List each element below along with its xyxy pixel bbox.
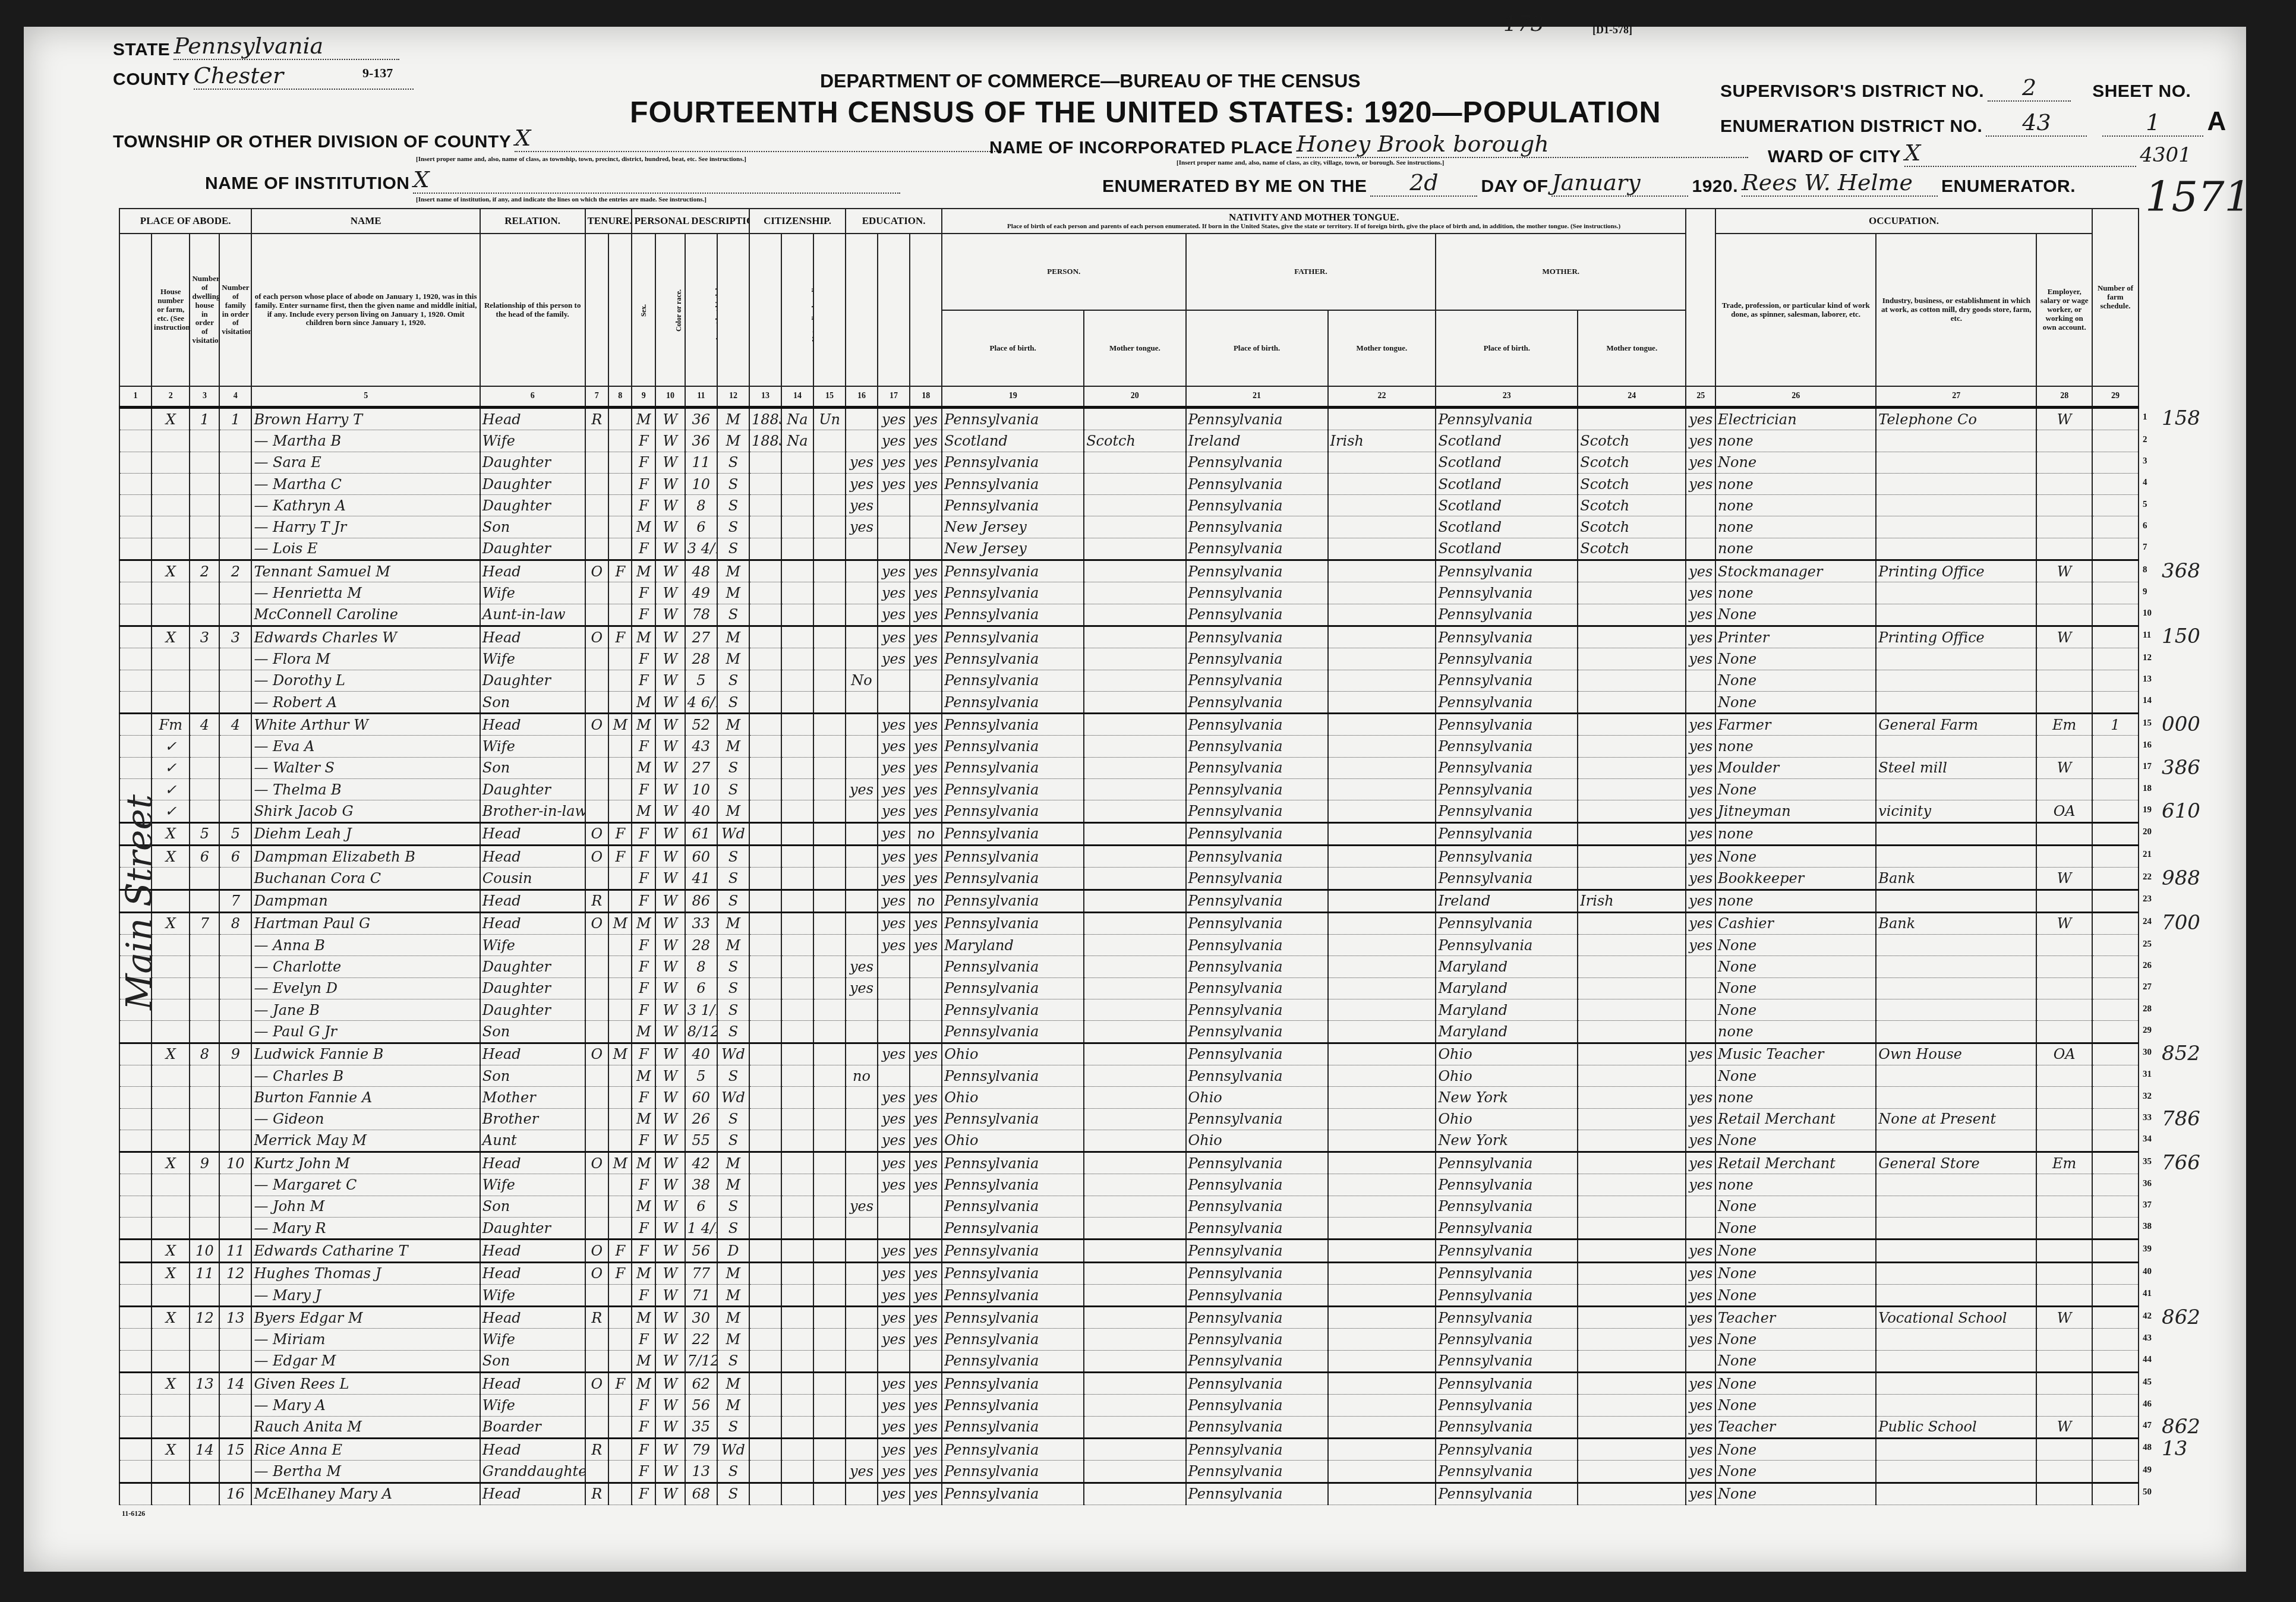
cell-mmt [1578, 1196, 1686, 1217]
cell-class [2036, 1483, 2092, 1505]
cell-english: yes [1686, 1284, 1715, 1306]
col-15-header: If naturalized, year of naturalization. [813, 234, 846, 386]
cell-race: W [655, 408, 685, 430]
cell-immig [749, 1373, 781, 1395]
cell-english: yes [1686, 1438, 1715, 1460]
line-number: 40 [2143, 1267, 2152, 1277]
cell-sex: F [632, 736, 655, 757]
cell-house: X [152, 1262, 190, 1284]
cell-read [878, 1021, 910, 1043]
cell-house [152, 452, 190, 473]
cell-mt [1084, 604, 1185, 626]
cell-name: — Jane B [251, 999, 480, 1021]
cell-natyear [813, 1307, 846, 1329]
cell-english [1686, 495, 1715, 516]
cell-school [846, 1043, 878, 1065]
cell-dwelling [190, 1461, 219, 1483]
cell-write: yes [910, 779, 942, 800]
cell-age: 5 [685, 670, 717, 691]
cell-family [219, 1174, 251, 1196]
line-number: 48 [2143, 1443, 2152, 1453]
table-row: 16McElhaney Mary AHeadRFW68SyesyesPennsy… [119, 1483, 2139, 1505]
cell-mmt [1578, 691, 1686, 713]
cell-read [878, 495, 910, 516]
cell-trade: Farmer [1715, 714, 1876, 736]
cell-school: yes [846, 977, 878, 999]
cell-mt [1084, 1130, 1185, 1152]
cell-read: yes [878, 1373, 910, 1395]
cell-school: yes [846, 516, 878, 538]
cell-nat [781, 1240, 813, 1262]
cell-pob: New Jersey [942, 516, 1084, 538]
table-row: — MiriamWifeFW22MyesyesPennsylvaniaPenns… [119, 1329, 2139, 1350]
table-row: — Harry T JrSonMW6SyesNew JerseyPennsylv… [119, 516, 2139, 538]
cell-name: Merrick May M [251, 1130, 480, 1152]
cell-immig [749, 956, 781, 977]
cell-dwelling: 4 [190, 714, 219, 736]
cell-english: yes [1686, 868, 1715, 890]
cell-school [846, 691, 878, 713]
cell-tenure: O [585, 1152, 608, 1174]
cell-mpob: Pennsylvania [1436, 714, 1578, 736]
col-17-header: Whether able to read. [878, 234, 910, 386]
cell-english: yes [1686, 1108, 1715, 1130]
cell-trade: none [1715, 736, 1876, 757]
cell-nat [781, 582, 813, 604]
table-row: — Mary AWifeFW56MyesyesPennsylvaniaPenns… [119, 1395, 2139, 1416]
cell-nat [781, 516, 813, 538]
cell-english: yes [1686, 1130, 1715, 1152]
cell-name: Brown Harry T [251, 408, 480, 430]
cell-class: OA [2036, 800, 2092, 822]
cell-write: yes [910, 912, 942, 934]
cell-read: yes [878, 626, 910, 648]
cell-nat [781, 1329, 813, 1350]
cell-sex: M [632, 1350, 655, 1372]
cell-mpob: Pennsylvania [1436, 912, 1578, 934]
cell-relation: Head [480, 912, 585, 934]
cell-tenure [585, 1108, 608, 1130]
cell-mpob: Pennsylvania [1436, 408, 1578, 430]
cell-natyear [813, 473, 846, 494]
line-number: 21 [2143, 850, 2152, 860]
cell-age: 40 [685, 800, 717, 822]
cell-family [219, 1416, 251, 1438]
table-row: — Evelyn DDaughterFW6SyesPennsylvaniaPen… [119, 977, 2139, 999]
cell-tenure: O [585, 1373, 608, 1395]
cell-class [2036, 538, 2092, 560]
cell-sex: F [632, 935, 655, 956]
cell-dwelling [190, 1087, 219, 1108]
cell-farm [2092, 604, 2139, 626]
cell-sex: M [632, 626, 655, 648]
cell-pob: Pennsylvania [942, 473, 1084, 494]
cell-marital: S [717, 1108, 749, 1130]
cell-relation: Daughter [480, 452, 585, 473]
cell-marital: S [717, 868, 749, 890]
cell-mmt [1578, 714, 1686, 736]
cell-immig [749, 1043, 781, 1065]
cell-sex: M [632, 757, 655, 778]
cell-sex: F [632, 1174, 655, 1196]
cell-name: — Miriam [251, 1329, 480, 1350]
cell-mt [1084, 1240, 1185, 1262]
cell-age: 8 [685, 495, 717, 516]
column-number: 9 [632, 386, 655, 408]
department-title: DEPARTMENT OF COMMERCE—BUREAU OF THE CEN… [820, 70, 1361, 92]
cell-fmt [1328, 1329, 1436, 1350]
cell-mpob: Pennsylvania [1436, 822, 1578, 845]
ward-field: WARD OF CITY X 4301 [1768, 140, 2191, 167]
cell-english [1686, 1065, 1715, 1086]
cell-owned: M [608, 714, 632, 736]
cell-marital: M [717, 430, 749, 452]
cell-industry [1876, 1284, 2036, 1306]
cell-relation: Head [480, 822, 585, 845]
cell-owned [608, 1350, 632, 1372]
cell-age: 26 [685, 1108, 717, 1130]
cell-race: W [655, 1262, 685, 1284]
col-8-header: If owned, free or mortgaged. [608, 234, 632, 386]
stamp-number: 173 [1503, 12, 1544, 36]
cell-fmt [1328, 845, 1436, 867]
col-10-header: Color or race. [655, 234, 685, 386]
cell-fpob: Pennsylvania [1186, 582, 1328, 604]
cell-family [219, 1087, 251, 1108]
line-number: 38 [2143, 1222, 2152, 1232]
cell-natyear [813, 845, 846, 867]
cell-read: yes [878, 1262, 910, 1284]
group-tenure: TENURE. [585, 209, 632, 234]
cell-farm [2092, 1130, 2139, 1152]
cell-name: — Harry T Jr [251, 516, 480, 538]
cell-write [910, 691, 942, 713]
cell-write: yes [910, 1240, 942, 1262]
cell-family [219, 670, 251, 691]
cell-mt [1084, 1483, 1185, 1505]
cell-relation: Head [480, 1240, 585, 1262]
cell-farm [2092, 890, 2139, 912]
cell-fpob: Pennsylvania [1186, 1240, 1328, 1262]
cell-school [846, 648, 878, 670]
cell-relation: Son [480, 1065, 585, 1086]
enumerated-month: January [1551, 169, 1688, 197]
cell-industry [1876, 495, 2036, 516]
cell-house: ✓ [152, 736, 190, 757]
cell-pob: Pennsylvania [942, 1483, 1084, 1505]
cell-mmt [1578, 582, 1686, 604]
cell-immig [749, 736, 781, 757]
cell-family: 6 [219, 845, 251, 867]
cell-farm [2092, 648, 2139, 670]
cell-trade: None [1715, 935, 1876, 956]
cell-name: — Margaret C [251, 1174, 480, 1196]
cell-mpob: Pennsylvania [1436, 648, 1578, 670]
cell-read: yes [878, 800, 910, 822]
cell-industry [1876, 1240, 2036, 1262]
cell-mmt [1578, 845, 1686, 867]
cell-relation: Daughter [480, 977, 585, 999]
cell-class [2036, 1217, 2092, 1239]
cell-name: — Charlotte [251, 956, 480, 977]
cell-pob: Pennsylvania [942, 1307, 1084, 1329]
cell-immig [749, 626, 781, 648]
cell-age: 42 [685, 1152, 717, 1174]
cell-mmt [1578, 1174, 1686, 1196]
cell-tenure [585, 648, 608, 670]
cell-house: X [152, 1438, 190, 1460]
cell-trade: None [1715, 779, 1876, 800]
cell-natyear [813, 538, 846, 560]
cell-trade: Bookkeeper [1715, 868, 1876, 890]
cell-school: yes [846, 779, 878, 800]
line-number: 10 [2143, 608, 2152, 619]
cell-dwelling: 5 [190, 822, 219, 845]
cell-mpob: Maryland [1436, 1021, 1578, 1043]
cell-marital: M [717, 736, 749, 757]
column-number: 20 [1084, 386, 1185, 408]
cell-read [878, 538, 910, 560]
cell-family: 1 [219, 408, 251, 430]
cell-fmt [1328, 604, 1436, 626]
cell-age: 6 [685, 516, 717, 538]
cell-nat [781, 670, 813, 691]
township-hint: [Insert proper name and, also, name of c… [416, 156, 746, 163]
cell-fmt [1328, 1483, 1436, 1505]
cell-race: W [655, 1395, 685, 1416]
cell-school: yes [846, 452, 878, 473]
cell-relation: Boarder [480, 1416, 585, 1438]
cell-race: W [655, 1350, 685, 1372]
cell-write: yes [910, 408, 942, 430]
cell-street [119, 1240, 152, 1262]
cell-street [119, 714, 152, 736]
cell-marital: M [717, 1395, 749, 1416]
cell-family: 16 [219, 1483, 251, 1505]
cell-dwelling [190, 757, 219, 778]
cell-industry [1876, 1087, 2036, 1108]
cell-trade: none [1715, 430, 1876, 452]
table-row: X78Hartman Paul GHeadOMMW33MyesyesPennsy… [119, 912, 2139, 934]
cell-farm [2092, 1043, 2139, 1065]
cell-pob: Pennsylvania [942, 1196, 1084, 1217]
cell-marital: S [717, 473, 749, 494]
cell-street [119, 604, 152, 626]
cell-street [119, 648, 152, 670]
cell-tenure: R [585, 1483, 608, 1505]
cell-street [119, 495, 152, 516]
cell-class: Em [2036, 1152, 2092, 1174]
cell-fpob: Pennsylvania [1186, 1307, 1328, 1329]
table-row: ✓— Walter SSonMW27SyesyesPennsylvaniaPen… [119, 757, 2139, 778]
cell-family [219, 977, 251, 999]
cell-sex: F [632, 1329, 655, 1350]
cell-family [219, 868, 251, 890]
column-number: 22 [1328, 386, 1436, 408]
cell-tenure [585, 1021, 608, 1043]
cell-pob: Pennsylvania [942, 822, 1084, 845]
column-number: 28 [2036, 386, 2092, 408]
cell-industry [1876, 779, 2036, 800]
col-11-header: Age at last birthday. [685, 234, 717, 386]
cell-sex: M [632, 516, 655, 538]
cell-industry [1876, 604, 2036, 626]
cell-natyear [813, 935, 846, 956]
cell-mmt [1578, 1217, 1686, 1239]
cell-industry [1876, 977, 2036, 999]
cell-trade: None [1715, 604, 1876, 626]
cell-name: Tennant Samuel M [251, 560, 480, 582]
cell-age: 5 [685, 1065, 717, 1086]
line-number: 20 [2143, 827, 2152, 837]
cell-tenure [585, 691, 608, 713]
cell-write [910, 670, 942, 691]
cell-farm [2092, 538, 2139, 560]
cell-tenure [585, 582, 608, 604]
institution-label: NAME OF INSTITUTION [205, 174, 409, 194]
cell-farm [2092, 999, 2139, 1021]
cell-name: Shirk Jacob G [251, 800, 480, 822]
table-row: X33Edwards Charles WHeadOFMW27MyesyesPen… [119, 626, 2139, 648]
cell-relation: Head [480, 714, 585, 736]
line-number: 6 [2143, 521, 2147, 531]
cell-relation: Head [480, 1152, 585, 1174]
cell-school [846, 538, 878, 560]
cell-trade: Retail Merchant [1715, 1108, 1876, 1130]
cell-marital: S [717, 516, 749, 538]
cell-mmt [1578, 1065, 1686, 1086]
cell-natyear [813, 1350, 846, 1372]
cell-nat [781, 956, 813, 977]
cell-mt [1084, 714, 1185, 736]
census-rows: X11Brown Harry THeadRMW36M1885NaUnyesyes… [119, 408, 2139, 1505]
cell-race: W [655, 1152, 685, 1174]
cell-industry [1876, 1217, 2036, 1239]
cell-farm [2092, 1021, 2139, 1043]
cell-farm [2092, 430, 2139, 452]
enumerated-day: 2d [1370, 169, 1477, 197]
cell-trade: None [1715, 1130, 1876, 1152]
cell-name: — Flora M [251, 648, 480, 670]
cell-mmt [1578, 779, 1686, 800]
cell-dwelling: 2 [190, 560, 219, 582]
cell-tenure: R [585, 1438, 608, 1460]
cell-mpob: Pennsylvania [1436, 1438, 1578, 1460]
cell-mpob: Pennsylvania [1436, 1152, 1578, 1174]
cell-race: W [655, 1416, 685, 1438]
cell-age: 52 [685, 714, 717, 736]
cell-mt [1084, 1416, 1185, 1438]
cell-english: yes [1686, 1395, 1715, 1416]
cell-mpob: Pennsylvania [1436, 1483, 1578, 1505]
cell-class [2036, 1284, 2092, 1306]
cell-class [2036, 1130, 2092, 1152]
column-number: 12 [717, 386, 749, 408]
cell-owned: F [608, 1373, 632, 1395]
line-number: 39 [2143, 1244, 2152, 1254]
cell-sex: F [632, 1483, 655, 1505]
cell-marital: S [717, 1461, 749, 1483]
cell-mpob: Maryland [1436, 999, 1578, 1021]
line-number: 1 [2143, 412, 2147, 422]
cell-fmt [1328, 999, 1436, 1021]
col-5-header: of each person whose place of abode on J… [251, 234, 480, 386]
cell-relation: Son [480, 691, 585, 713]
cell-fpob: Pennsylvania [1186, 538, 1328, 560]
cell-age: 35 [685, 1416, 717, 1438]
cell-street [119, 1196, 152, 1217]
cell-fmt [1328, 408, 1436, 430]
cell-farm [2092, 912, 2139, 934]
cell-fmt [1328, 736, 1436, 757]
col-6-header: Relationship of this person to the head … [480, 234, 585, 386]
cell-school [846, 757, 878, 778]
cell-age: 60 [685, 1087, 717, 1108]
cell-english: yes [1686, 430, 1715, 452]
cell-marital: S [717, 1196, 749, 1217]
cell-fmt [1328, 977, 1436, 999]
col-25-header: Whether able to speak English. [1686, 209, 1715, 386]
cell-immig [749, 1416, 781, 1438]
cell-write: yes [910, 648, 942, 670]
cell-mpob: Pennsylvania [1436, 1240, 1578, 1262]
cell-school: yes [846, 1461, 878, 1483]
cell-fmt [1328, 935, 1436, 956]
cell-family [219, 1108, 251, 1130]
cell-relation: Son [480, 757, 585, 778]
cell-house [152, 1416, 190, 1438]
cell-relation: Daughter [480, 495, 585, 516]
cell-immig [749, 582, 781, 604]
cell-school [846, 1284, 878, 1306]
cell-tenure [585, 956, 608, 977]
day-of-label: DAY OF [1481, 176, 1548, 197]
cell-house [152, 1350, 190, 1372]
cell-race: W [655, 1021, 685, 1043]
cell-sex: F [632, 1438, 655, 1460]
cell-family: 7 [219, 890, 251, 912]
cell-mt [1084, 691, 1185, 713]
cell-mmt [1578, 1307, 1686, 1329]
cell-age: 10 [685, 779, 717, 800]
cell-trade: None [1715, 1438, 1876, 1460]
cell-english [1686, 999, 1715, 1021]
supervisor-district-value: 2 [1988, 74, 2071, 102]
cell-marital: Wd [717, 1438, 749, 1460]
cell-relation: Wife [480, 1395, 585, 1416]
cell-sex: M [632, 1196, 655, 1217]
cell-write: yes [910, 560, 942, 582]
margin-note: 13 [2162, 1437, 2187, 1461]
line-number: 8 [2143, 565, 2147, 575]
margin-note: 862 [2162, 1415, 2200, 1439]
cell-read: yes [878, 1329, 910, 1350]
cell-nat [781, 1108, 813, 1130]
cell-pob: Pennsylvania [942, 1174, 1084, 1196]
cell-mt [1084, 1307, 1185, 1329]
cell-mt [1084, 1174, 1185, 1196]
cell-school [846, 1307, 878, 1329]
cell-street [119, 1065, 152, 1086]
cell-relation: Daughter [480, 779, 585, 800]
cell-farm [2092, 1262, 2139, 1284]
cell-immig: 1885 [749, 430, 781, 452]
cell-natyear [813, 430, 846, 452]
cell-mmt [1578, 977, 1686, 999]
cell-name: White Arthur W [251, 714, 480, 736]
cell-farm [2092, 800, 2139, 822]
cell-natyear [813, 779, 846, 800]
